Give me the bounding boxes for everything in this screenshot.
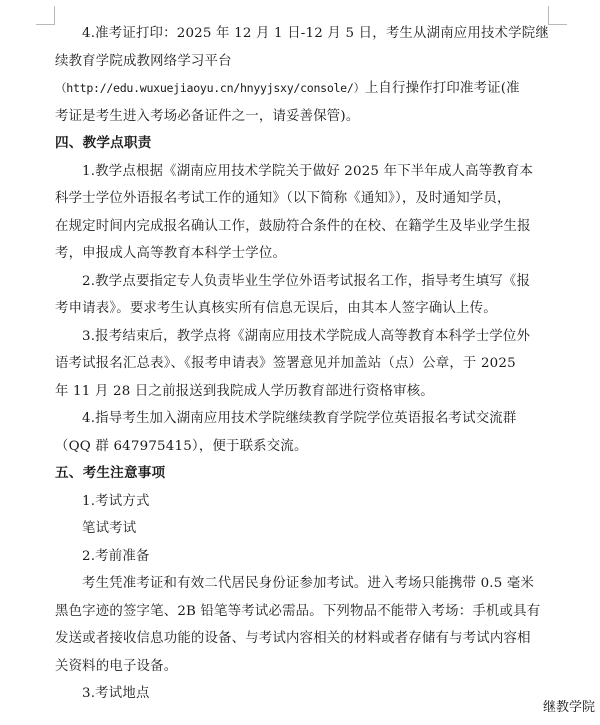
paragraph-line: 续教育学院成教网络学习平台 bbox=[55, 48, 549, 76]
platform-url-link[interactable]: （http://edu.wuxuejiaoyu.cn/hnyyjsxy/cons… bbox=[55, 81, 365, 95]
paragraph-text: 上自行操作打印准考证(准 bbox=[365, 81, 520, 96]
paragraph-line: 关资料的电子设备。 bbox=[55, 653, 549, 681]
paragraph-line: 3.报考结束后，教学点将《湖南应用技术学院成人高等教育本科学士学位外 bbox=[55, 323, 549, 351]
subsection-title: 3.考试地点 bbox=[55, 680, 549, 708]
paragraph-line: 考，申报成人高等教育本科学士学位。 bbox=[55, 240, 549, 268]
section-heading: 四、教学点职责 bbox=[55, 130, 549, 158]
document-page: 4.准考证打印：2025 年 12 月 1 日-12 月 5 日，考生从湖南应用… bbox=[55, 20, 549, 708]
page-corner-mark-left bbox=[36, 6, 55, 25]
paragraph-line: 4.指导考生加入湖南应用技术学院继续教育学院学位英语报名考试交流群 bbox=[55, 405, 549, 433]
watermark-label: 继教学院 bbox=[543, 696, 595, 715]
paragraph-line: 在规定时间内完成报名确认工作，鼓励符合条件的在校、在籍学生及毕业学生报 bbox=[55, 213, 549, 241]
paragraph-line: 考申请表》。要求考生认真核实所有信息无误后，由其本人签字确认上传。 bbox=[55, 295, 549, 323]
paragraph-line: 考证是考生进入考场必备证件之一，请妥善保管)。 bbox=[55, 103, 549, 131]
section-heading: 五、考生注意事项 bbox=[55, 460, 549, 488]
page-corner-mark-right bbox=[548, 6, 567, 25]
paragraph-line: 笔试考试 bbox=[55, 515, 549, 543]
paragraph-line: 语考试报名汇总表》、《报考申请表》签署意见并加盖站（点）公章，于 2025 bbox=[55, 350, 549, 378]
paragraph-line: （QQ 群 647975415），便于联系交流。 bbox=[55, 433, 549, 461]
subsection-title: 1.考试方式 bbox=[55, 488, 549, 516]
paragraph-line: 发送或者接收信息功能的设备、与考试内容相关的材料或者存储有与考试内容相 bbox=[55, 625, 549, 653]
paragraph-line: 考生凭准考证和有效二代居民身份证参加考试。进入考场只能携带 0.5 毫米 bbox=[55, 570, 549, 598]
paragraph-line: 年 11 月 28 日之前报送到我院成人学历教育部进行资格审核。 bbox=[55, 378, 549, 406]
paragraph-line: 2.教学点要指定专人负责毕业生学位外语考试报名工作，指导考生填写《报 bbox=[55, 268, 549, 296]
paragraph-line: 黑色字迹的签字笔、2B 铅笔等考试必需品。下列物品不能带入考场：手机或具有 bbox=[55, 598, 549, 626]
paragraph-line-url: （http://edu.wuxuejiaoyu.cn/hnyyjsxy/cons… bbox=[55, 75, 549, 103]
paragraph-line: 科学士学位外语报名考试工作的通知》（以下简称《通知》），及时通知学员， bbox=[55, 185, 549, 213]
subsection-title: 2.考前准备 bbox=[55, 543, 549, 571]
paragraph-line: 4.准考证打印：2025 年 12 月 1 日-12 月 5 日，考生从湖南应用… bbox=[55, 20, 549, 48]
paragraph-line: 1.教学点根据《湖南应用技术学院关于做好 2025 年下半年成人高等教育本 bbox=[55, 158, 549, 186]
